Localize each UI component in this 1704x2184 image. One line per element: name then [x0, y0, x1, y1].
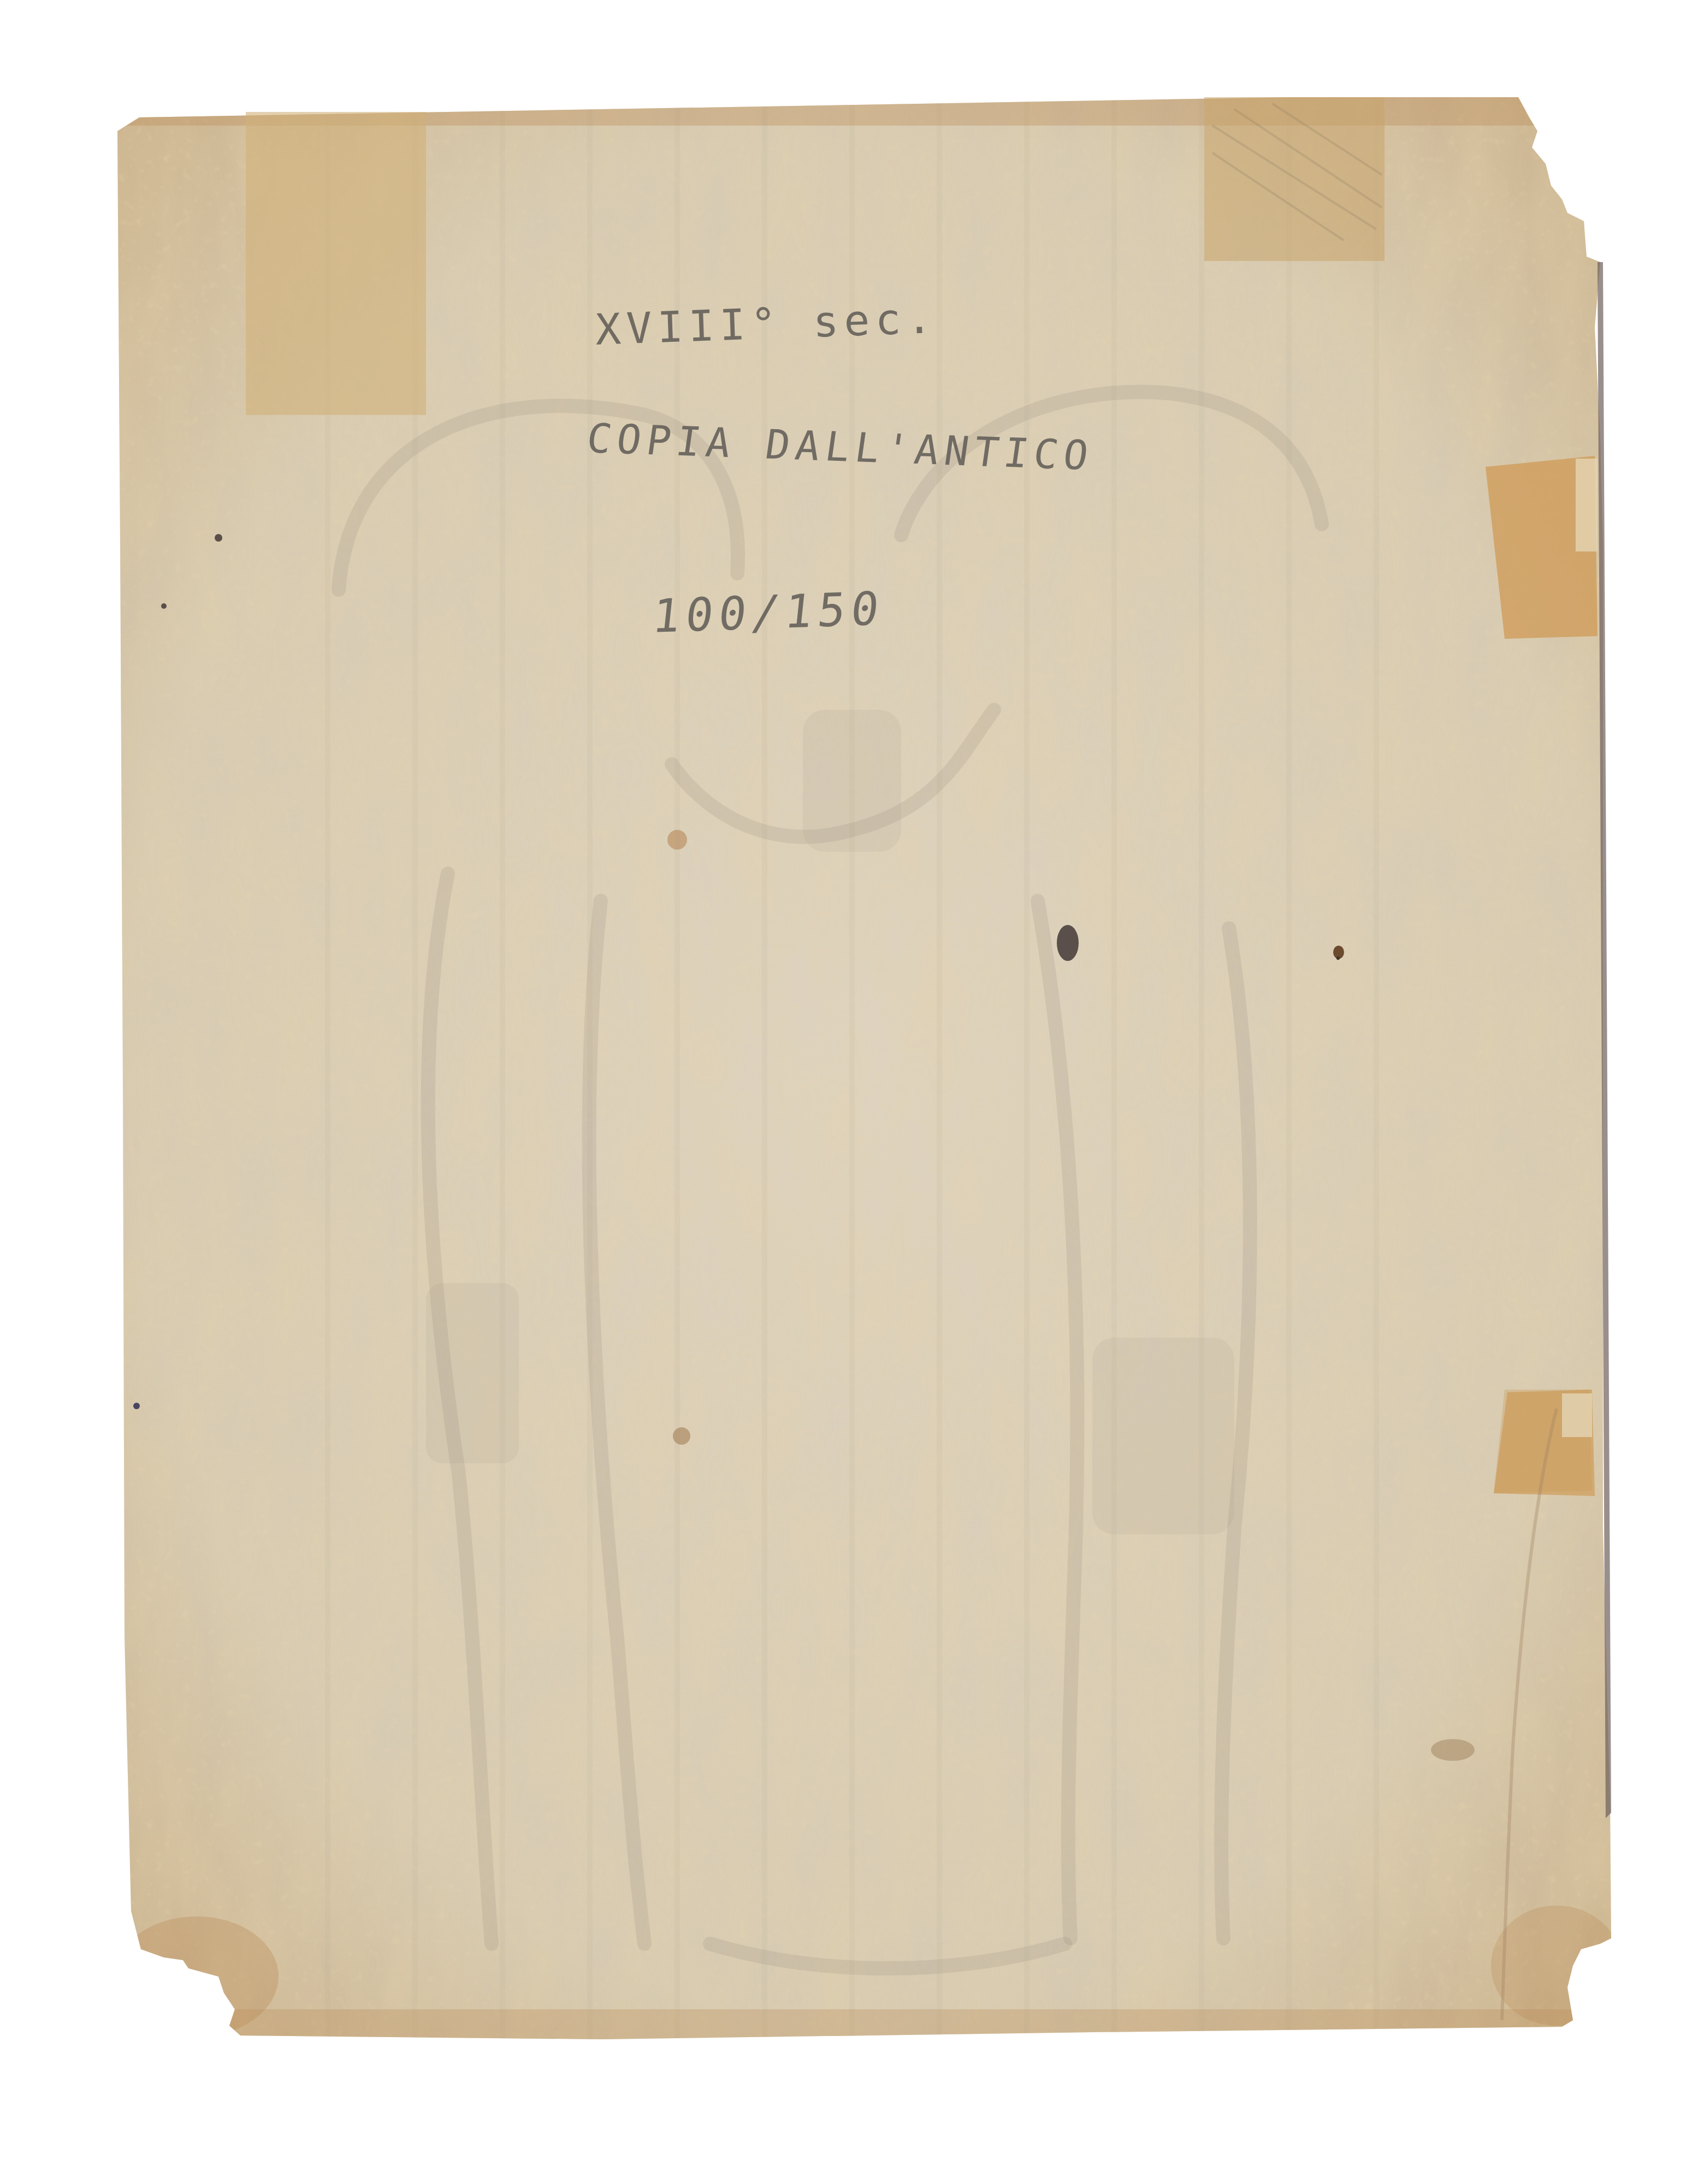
tape-top-right: [1204, 97, 1384, 261]
scan-stage: XVIII° sec. COPIA DALL'ANTICO 100/150: [0, 0, 1704, 2184]
paper-hole: [1057, 925, 1079, 961]
tape-right-upper: [1486, 456, 1597, 639]
tape-top-left: [246, 112, 426, 415]
inscription-price-estimate: 100/150: [650, 581, 887, 643]
